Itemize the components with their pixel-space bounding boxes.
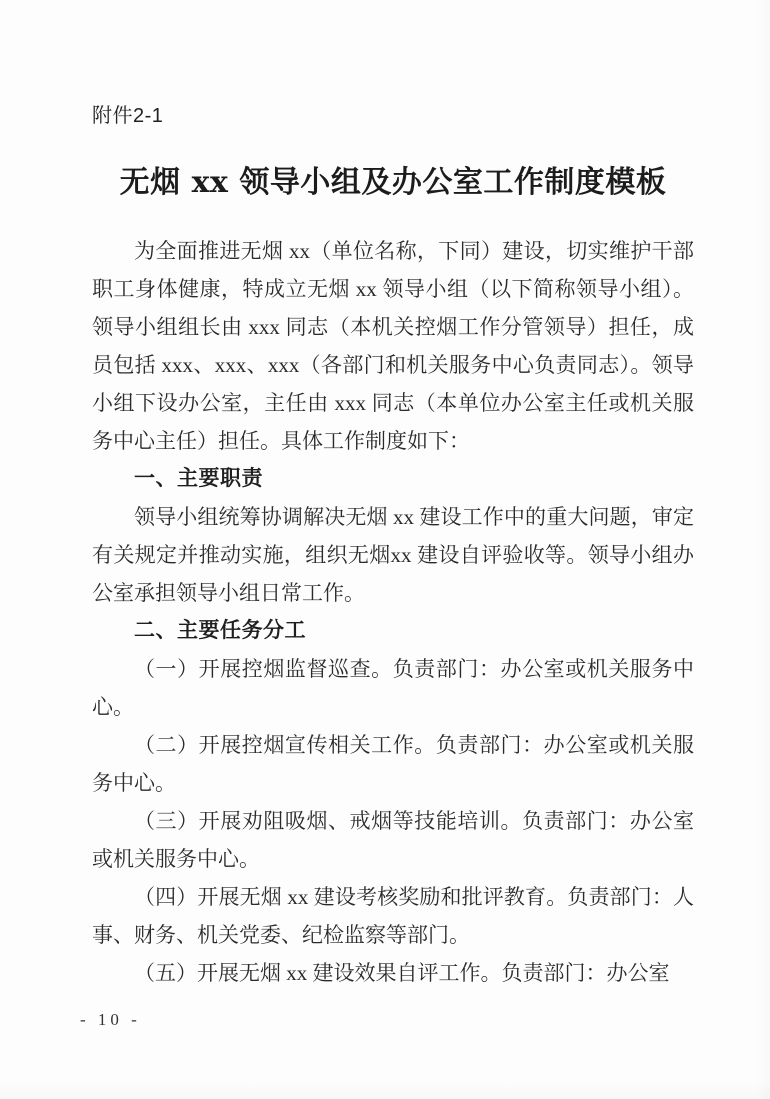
list-item-5: （五）开展无烟 xx 建设效果自评工作。负责部门：办公室 xyxy=(92,954,694,992)
list-item-4: （四）开展无烟 xx 建设考核奖励和批评教育。负责部门：人事、财务、机关党委、纪… xyxy=(92,878,694,954)
list-item-2: （二）开展控烟宣传相关工作。负责部门：办公室或机关服务中心。 xyxy=(92,726,694,802)
document-page: 附件2-1 无烟 xx 领导小组及办公室工作制度模板 为全面推进无烟 xx（单位… xyxy=(0,0,770,1099)
list-item-1: （一）开展控烟监督巡查。负责部门：办公室或机关服务中心。 xyxy=(92,650,694,726)
paragraph-duties: 领导小组统筹协调解决无烟 xx 建设工作中的重大问题，审定有关规定并推动实施，组… xyxy=(92,498,694,612)
section-heading-1: 一、主要职责 xyxy=(92,460,694,498)
page-number: - 10 - xyxy=(80,1008,141,1032)
list-item-3: （三）开展劝阻吸烟、戒烟等技能培训。负责部门：办公室或机关服务中心。 xyxy=(92,802,694,878)
paragraph-intro: 为全面推进无烟 xx（单位名称，下同）建设，切实维护干部职工身体健康，特成立无烟… xyxy=(92,232,694,460)
attachment-label: 附件2-1 xyxy=(92,102,694,130)
document-content: 附件2-1 无烟 xx 领导小组及办公室工作制度模板 为全面推进无烟 xx（单位… xyxy=(0,0,770,992)
section-heading-2: 二、主要任务分工 xyxy=(92,612,694,650)
document-body: 为全面推进无烟 xx（单位名称，下同）建设，切实维护干部职工身体健康，特成立无烟… xyxy=(92,232,694,992)
document-title: 无烟 xx 领导小组及办公室工作制度模板 xyxy=(92,160,694,206)
